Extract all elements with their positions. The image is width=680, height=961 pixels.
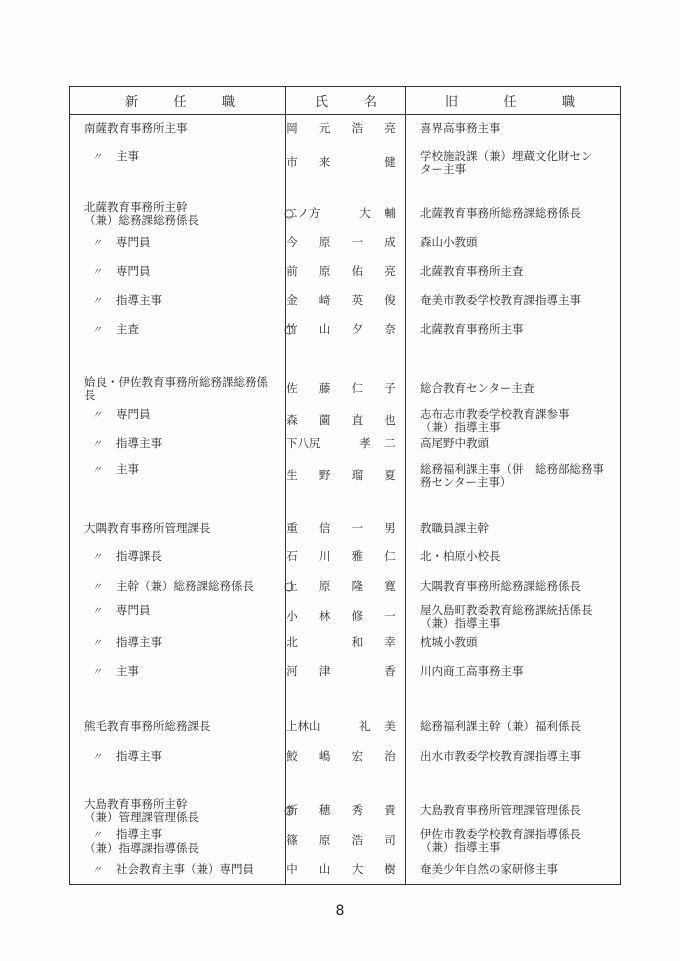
name-char: 金 xyxy=(286,294,298,307)
name-char: 重 xyxy=(286,522,298,535)
ditto-mark: 〃 xyxy=(84,464,116,477)
name-char: 森 xyxy=(286,414,298,427)
header-char: 旧 xyxy=(445,91,458,110)
position-text: 社会教育主事（兼）専門員 xyxy=(116,862,254,876)
name-char: 前 xyxy=(286,265,298,278)
position-text: 指導主事 xyxy=(116,635,162,649)
previous-position-cell: 総務福利課主事（併 総務部総務事務センター主事） xyxy=(420,463,604,489)
name-cell: 北和幸 xyxy=(286,636,396,649)
previous-position-cell: 枕城小教頭 xyxy=(420,636,478,649)
name-char xyxy=(334,207,346,220)
name-char: 英 xyxy=(351,294,363,307)
position-text: 熊毛教育事務所総務課長 xyxy=(84,719,211,733)
name-char: 石 xyxy=(286,550,298,563)
position-text: 南薩教育事務所主事 xyxy=(84,121,188,135)
name-char: 寛 xyxy=(384,580,396,593)
name-cell: ○新穂秀貴 xyxy=(286,804,396,817)
new-position-cell: 南薩教育事務所主事 xyxy=(84,122,188,135)
circle-mark-icon: ○ xyxy=(284,804,294,817)
name-char: 河 xyxy=(286,665,298,678)
name-cell: 森薗直也 xyxy=(286,414,396,427)
name-char: 宏 xyxy=(351,750,363,763)
position-text: （兼）総務課総務係長 xyxy=(84,213,199,227)
header-divider xyxy=(70,114,620,115)
previous-position-cell: 高尾野中教頭 xyxy=(420,437,489,450)
new-position-cell: 〃主事 xyxy=(84,463,139,477)
name-char: 浩 xyxy=(351,834,363,847)
name-char: 和 xyxy=(351,636,363,649)
position-text: 大隅教育事務所管理課長 xyxy=(84,521,211,535)
name-char xyxy=(319,636,331,649)
position-text: 指導主事 xyxy=(116,827,162,841)
ditto-mark: 〃 xyxy=(84,324,116,337)
name-char: 野 xyxy=(319,469,331,482)
name-char: 今 xyxy=(286,236,298,249)
name-char: 佐 xyxy=(286,382,298,395)
new-position-cell: 〃社会教育主事（兼）専門員 xyxy=(84,863,254,877)
name-cell: 石川雅仁 xyxy=(286,550,396,563)
name-char: 樹 xyxy=(384,863,396,876)
name-char: 幸 xyxy=(384,636,396,649)
name-cell: 佐藤仁子 xyxy=(286,382,396,395)
name-char: 司 xyxy=(384,834,396,847)
ditto-mark: 〃 xyxy=(84,266,116,279)
name-char: 浩 xyxy=(351,122,363,135)
name-cell: ○二ノ方大輔 xyxy=(286,207,396,220)
name-char: 﨑 xyxy=(319,294,331,307)
position-text: 主査 xyxy=(116,322,139,336)
header-char: 新 xyxy=(125,91,138,110)
name-char: 山 xyxy=(319,323,331,336)
position-text: 指導主事 xyxy=(116,293,162,307)
name-char: 元 xyxy=(319,122,331,135)
new-position-cell: 〃専門員 xyxy=(84,236,151,250)
name-cell: ○上原隆寛 xyxy=(286,580,396,593)
previous-position-cell: 伊佐市教委学校教育課指導係長（兼）指導主事 xyxy=(420,828,581,854)
name-char: 岡 xyxy=(286,122,298,135)
position-text: 大島教育事務所主幹 xyxy=(84,797,188,811)
name-char: 藤 xyxy=(319,382,331,395)
position-text: （兼）指導課指導係長 xyxy=(84,841,199,855)
name-char: 成 xyxy=(384,236,396,249)
name-cell: 河津香 xyxy=(286,665,396,678)
name-char: 子 xyxy=(384,382,396,395)
name-char: 輔 xyxy=(384,207,396,220)
ditto-mark: 〃 xyxy=(84,151,116,164)
header-char: 職 xyxy=(222,91,235,110)
new-position-cell: 〃指導主事 xyxy=(84,750,162,764)
name-char: 山 xyxy=(319,863,331,876)
position-text: 指導主事 xyxy=(116,749,162,763)
name-char: 也 xyxy=(384,414,396,427)
name-char: 原 xyxy=(319,265,331,278)
name-cell: ○竹山夕奈 xyxy=(286,323,396,336)
header-char: 名 xyxy=(364,91,377,110)
previous-position-cell: 奄美市教委学校教育課指導主事 xyxy=(420,294,581,307)
previous-position-cell: 大隅教育事務所総務課総務係長 xyxy=(420,580,581,593)
new-position-cell: 姶良・伊佐教育事務所総務課総務係長 xyxy=(84,376,268,402)
header-char: 職 xyxy=(562,91,575,110)
name-cell: 金﨑英俊 xyxy=(286,294,396,307)
name-char: 北 xyxy=(286,636,298,649)
name-cell: 小林修一 xyxy=(286,610,396,623)
name-char: 奈 xyxy=(384,323,396,336)
position-text: 主事 xyxy=(116,149,139,163)
name-char: 二 xyxy=(384,437,396,450)
position-text: 主幹（兼）総務課総務係長 xyxy=(116,579,254,593)
previous-position-cell: 志布志市教委学校教育課参事（兼）指導主事 xyxy=(420,408,570,434)
new-position-cell: 〃主査 xyxy=(84,323,139,337)
name-char: 礼 xyxy=(359,720,371,733)
column-divider xyxy=(405,87,406,884)
name-char: 穂 xyxy=(319,804,331,817)
ditto-mark: 〃 xyxy=(84,237,116,250)
new-position-cell: 大島教育事務所主幹（兼）管理課管理係長 xyxy=(84,798,199,824)
previous-position-cell: 川内商工高事務主事 xyxy=(420,665,524,678)
name-char: 津 xyxy=(319,665,331,678)
name-char: 香 xyxy=(384,665,396,678)
new-position-cell: 北薩教育事務所主幹（兼）総務課総務係長 xyxy=(84,201,199,227)
ditto-mark: 〃 xyxy=(84,409,116,422)
name-cell: 前原佑亮 xyxy=(286,265,396,278)
name-cell: 篠原浩司 xyxy=(286,834,396,847)
name-char: 信 xyxy=(319,522,331,535)
new-position-cell: 大隅教育事務所管理課長 xyxy=(84,522,211,535)
header-char: 任 xyxy=(503,91,516,110)
previous-position-cell: 北・柏原小校長 xyxy=(420,550,501,563)
name-char: 原 xyxy=(319,580,331,593)
name-char: 秀 xyxy=(351,804,363,817)
name-char: 中 xyxy=(286,863,298,876)
previous-position-cell: 屋久島町教委教育総務課統括係長（兼）指導主事 xyxy=(420,604,593,630)
name-char xyxy=(351,665,363,678)
name-char: 上林山 xyxy=(286,720,321,733)
previous-position-cell: 北薩教育事務所主事 xyxy=(420,323,524,336)
circle-mark-icon: ○ xyxy=(284,323,294,336)
name-char: 健 xyxy=(384,156,396,169)
new-position-cell: 〃指導主事 xyxy=(84,636,162,650)
previous-position-cell: 総務福利課主幹（兼）福利係長 xyxy=(420,720,581,733)
name-char: 仁 xyxy=(351,382,363,395)
position-text: 主事 xyxy=(116,664,139,678)
name-char: 夕 xyxy=(351,323,363,336)
previous-position-cell: 大島教育事務所管理課管理係長 xyxy=(420,804,581,817)
new-position-cell: 〃指導主事 xyxy=(84,437,162,451)
header-char: 氏 xyxy=(315,91,328,110)
position-text: 専門員 xyxy=(116,603,151,617)
ditto-mark: 〃 xyxy=(84,751,116,764)
position-text: 専門員 xyxy=(116,264,151,278)
name-char: 薗 xyxy=(319,414,331,427)
position-text: 専門員 xyxy=(116,235,151,249)
previous-position-cell: 森山小教頭 xyxy=(420,236,478,249)
name-char: 大 xyxy=(359,207,371,220)
position-text: 指導課長 xyxy=(116,549,162,563)
previous-position-cell: 出水市教委学校教育課指導主事 xyxy=(420,750,581,763)
new-position-cell: 〃専門員 xyxy=(84,265,151,279)
name-char: 俊 xyxy=(384,294,396,307)
name-cell: 中山大樹 xyxy=(286,863,396,876)
name-char: 美 xyxy=(384,720,396,733)
name-char: 瑠 xyxy=(351,469,363,482)
previous-position-cell: 教職員課主幹 xyxy=(420,522,489,535)
position-text: 専門員 xyxy=(116,407,151,421)
name-char: 治 xyxy=(384,750,396,763)
name-char xyxy=(334,437,346,450)
circle-mark-icon: ○ xyxy=(284,580,294,593)
new-position-cell: 〃専門員 xyxy=(84,408,151,422)
position-text: 主事 xyxy=(116,462,139,476)
name-cell: 岡元浩亮 xyxy=(286,122,396,135)
name-cell: 上林山礼美 xyxy=(286,720,396,733)
previous-position-cell: 北薩教育事務所総務課総務係長 xyxy=(420,207,581,220)
name-char: 生 xyxy=(286,469,298,482)
header-name: 氏 名 xyxy=(315,87,377,114)
position-text: （兼）管理課管理係長 xyxy=(84,810,199,824)
name-char: 男 xyxy=(384,522,396,535)
name-char: 修 xyxy=(351,610,363,623)
name-cell: 今原一成 xyxy=(286,236,396,249)
name-cell: 市来健 xyxy=(286,156,396,169)
new-position-cell: 〃専門員 xyxy=(84,604,151,618)
header-new-position: 新 任 職 xyxy=(125,87,235,114)
name-char: 林 xyxy=(319,610,331,623)
name-char: 来 xyxy=(319,156,331,169)
name-char: 一 xyxy=(384,610,396,623)
ditto-mark: 〃 xyxy=(84,551,116,564)
name-char: 夏 xyxy=(384,469,396,482)
name-char: 貴 xyxy=(384,804,396,817)
position-text: 指導主事 xyxy=(116,436,162,450)
previous-position-cell: 総合教育センター主査 xyxy=(420,382,535,395)
name-char: 一 xyxy=(351,522,363,535)
name-char: 雅 xyxy=(351,550,363,563)
name-char xyxy=(334,720,346,733)
name-char: 隆 xyxy=(351,580,363,593)
position-text: 長 xyxy=(84,388,96,402)
name-char: 小 xyxy=(286,610,298,623)
circle-mark-icon: ○ xyxy=(284,207,294,220)
ditto-mark: 〃 xyxy=(84,605,116,618)
ditto-mark: 〃 xyxy=(84,295,116,308)
name-cell: 鮫嶋宏治 xyxy=(286,750,396,763)
ditto-mark: 〃 xyxy=(84,438,116,451)
name-cell: 下八尻孝二 xyxy=(286,437,396,450)
new-position-cell: 〃指導課長 xyxy=(84,550,162,564)
name-char: 直 xyxy=(351,414,363,427)
name-char xyxy=(351,156,363,169)
previous-position-cell: 北薩教育事務所主査 xyxy=(420,265,524,278)
name-char: 亮 xyxy=(384,265,396,278)
name-char: 仁 xyxy=(384,550,396,563)
name-char: 一 xyxy=(351,236,363,249)
ditto-mark: 〃 xyxy=(84,666,116,679)
name-char: 嶋 xyxy=(319,750,331,763)
previous-position-cell: 奄美少年自然の家研修主事 xyxy=(420,863,558,876)
header-char: 任 xyxy=(173,91,186,110)
header-prev-position: 旧 任 職 xyxy=(445,87,575,114)
name-char: 亮 xyxy=(384,122,396,135)
new-position-cell: 熊毛教育事務所総務課長 xyxy=(84,720,211,733)
new-position-cell: 〃指導主事（兼）指導課指導係長 xyxy=(84,828,199,855)
ditto-mark: 〃 xyxy=(84,864,116,877)
position-text: 北薩教育事務所主幹 xyxy=(84,200,188,214)
ditto-mark: 〃 xyxy=(84,581,116,594)
page-number: 8 xyxy=(0,903,680,919)
name-char: 篠 xyxy=(286,834,298,847)
name-char: 原 xyxy=(319,834,331,847)
previous-position-cell: 学校施設課（兼）埋蔵文化財センター主事 xyxy=(420,150,593,176)
new-position-cell: 〃指導主事 xyxy=(84,294,162,308)
ditto-mark: 〃 xyxy=(84,637,116,650)
new-position-cell: 〃主事 xyxy=(84,665,139,679)
name-char: 孝 xyxy=(359,437,371,450)
name-char: 大 xyxy=(351,863,363,876)
position-text: 姶良・伊佐教育事務所総務課総務係 xyxy=(84,375,268,389)
previous-position-cell: 喜界高事務主事 xyxy=(420,122,501,135)
name-cell: 重信一男 xyxy=(286,522,396,535)
personnel-table: 新 任 職 氏 名 旧 任 職 南薩教育事務所主事岡元浩亮喜界高事務主事〃主事市… xyxy=(69,86,621,885)
new-position-cell: 〃主事 xyxy=(84,150,139,164)
name-char: 佑 xyxy=(351,265,363,278)
name-char: 鮫 xyxy=(286,750,298,763)
name-char: 市 xyxy=(286,156,298,169)
name-char: 下八尻 xyxy=(286,437,321,450)
name-char: 川 xyxy=(319,550,331,563)
new-position-cell: 〃主幹（兼）総務課総務係長 xyxy=(84,580,254,594)
name-cell: 生野瑠夏 xyxy=(286,469,396,482)
name-char: 原 xyxy=(319,236,331,249)
